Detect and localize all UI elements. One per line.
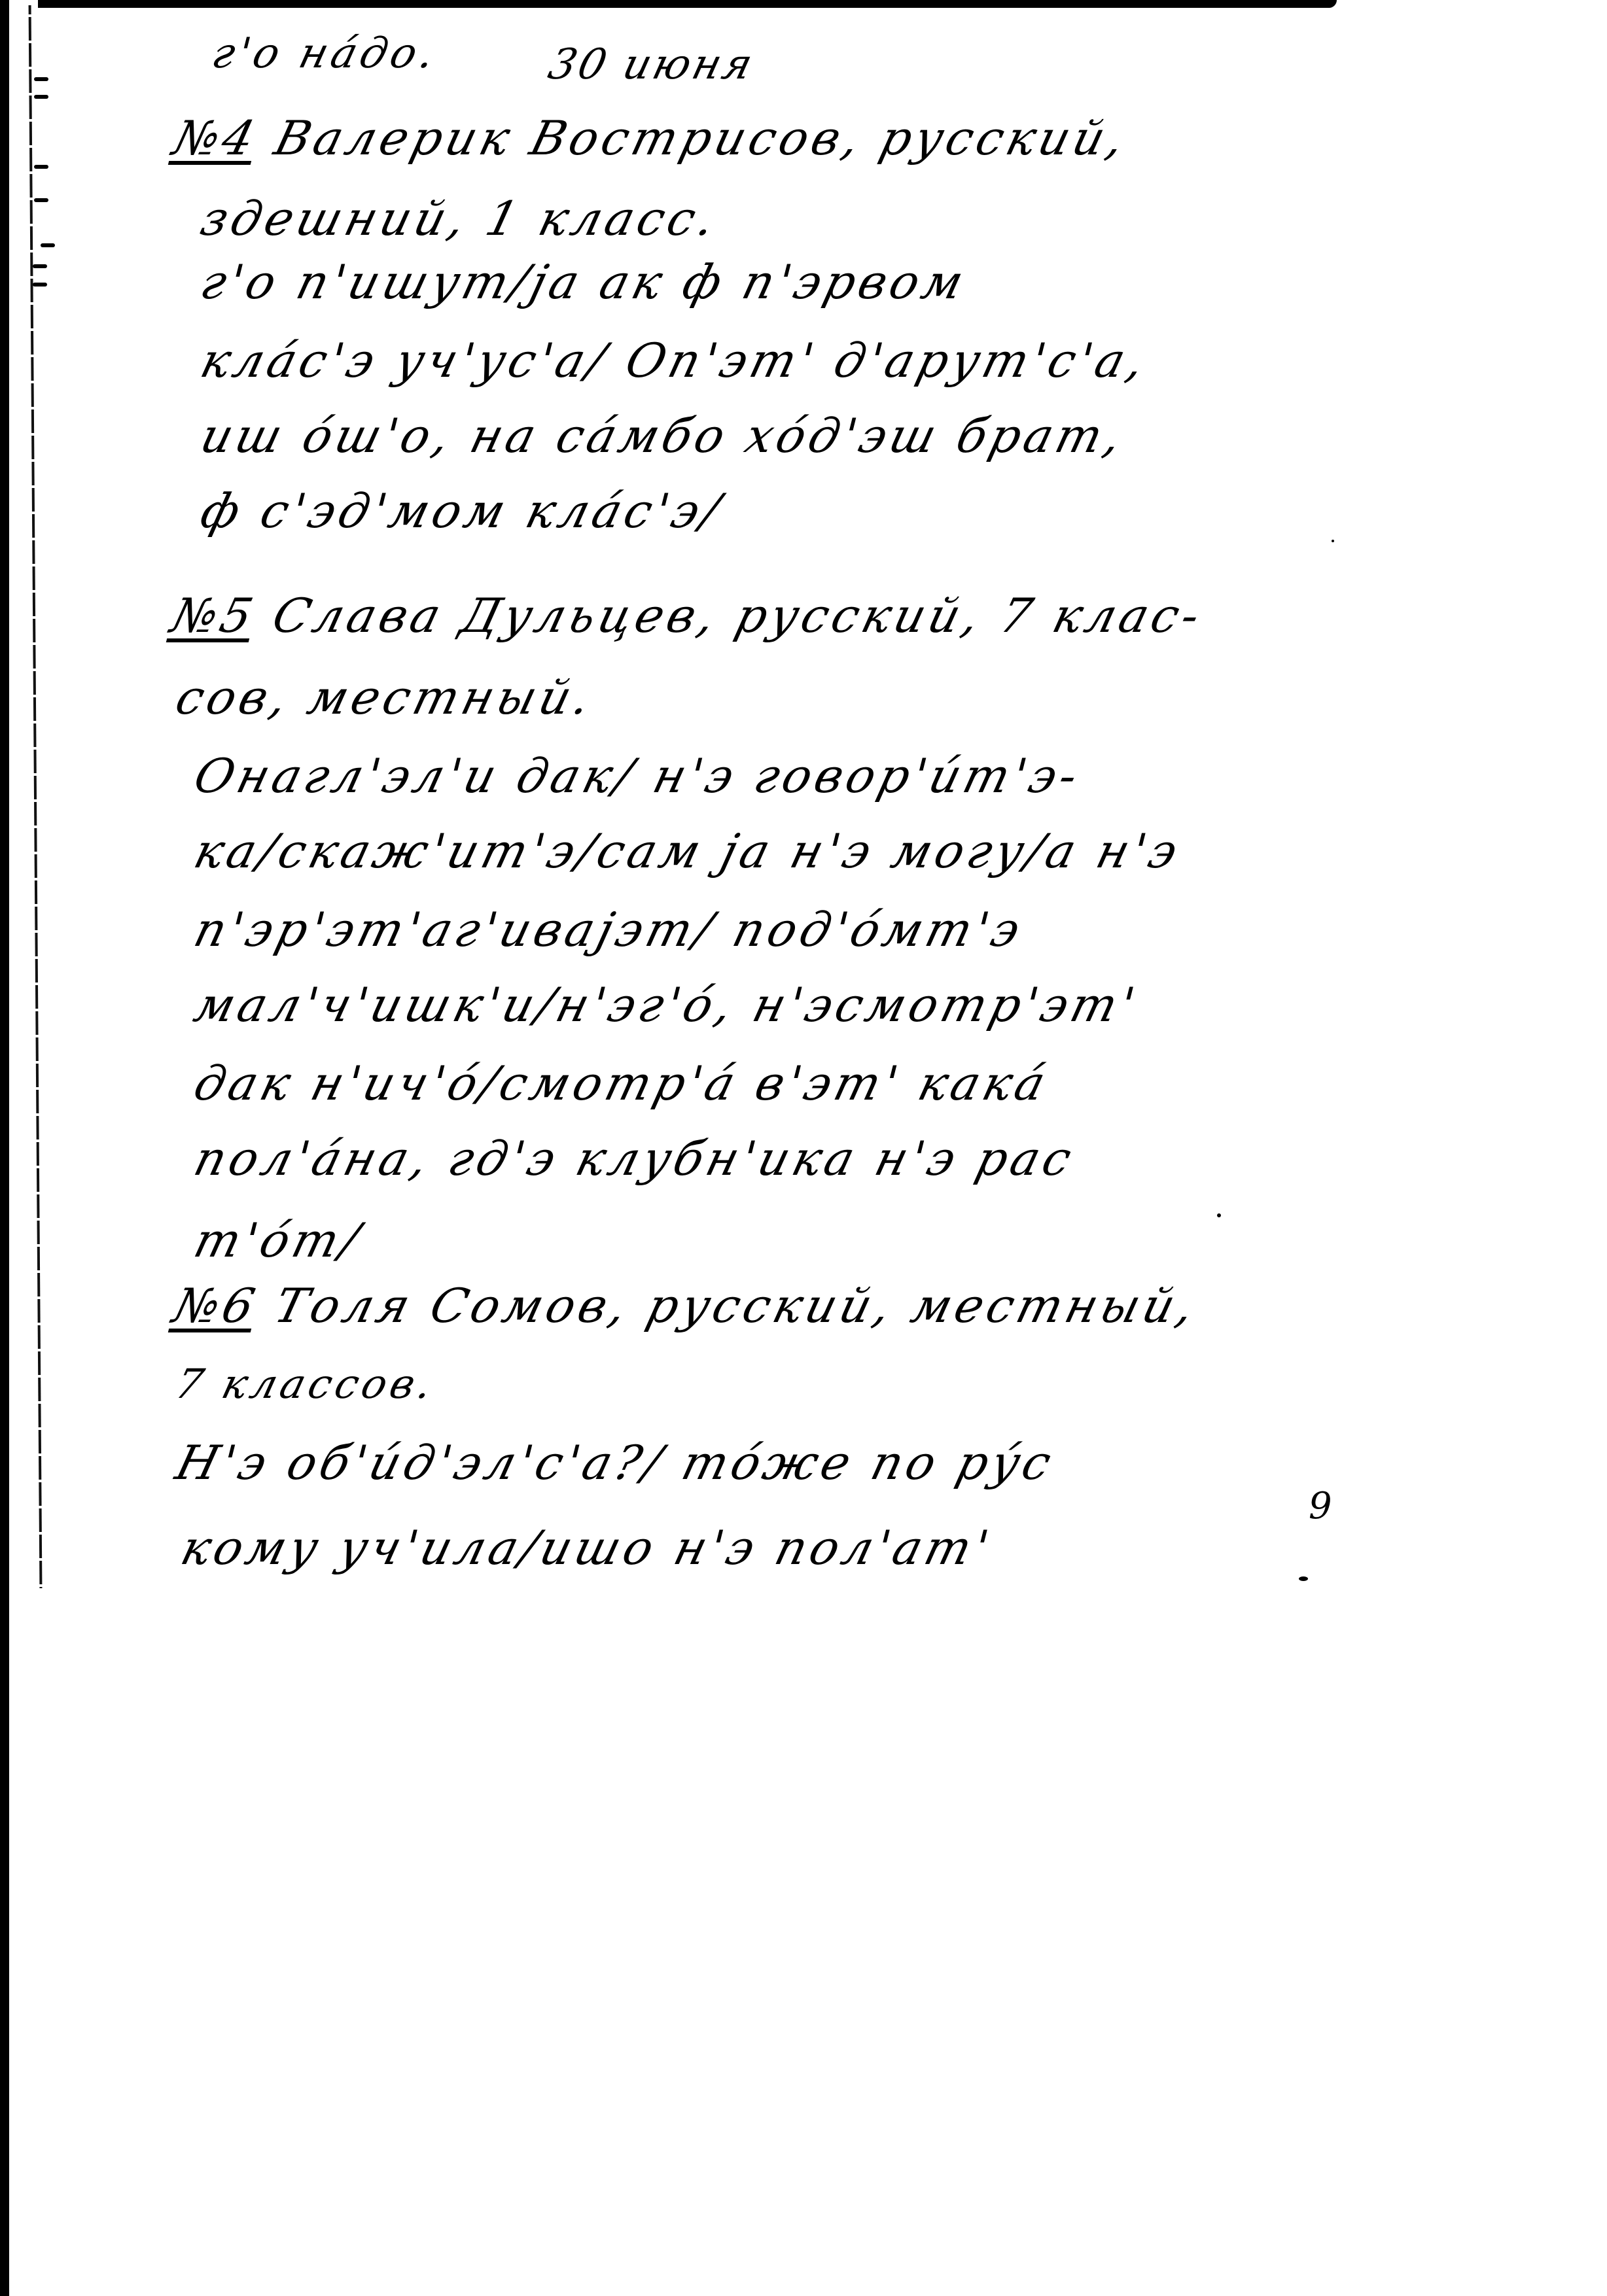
entry-header-line: здешний, 1 класс. [196,195,724,242]
transcription-line: ф с'эд'мом кла́с'э/ [196,487,728,534]
transcription-line: п'эр'эт'аг'иваjэт/ под'о́мт'э [190,906,1029,953]
date-note: 30 июня [544,41,760,89]
transcription-line: кому уч'ила/ишо н'э пол'ат' [177,1524,997,1571]
page-number: 9 [1309,1485,1332,1527]
entry-header-text: Толя Сомов, русский, местный, [269,1278,1203,1333]
entry-number: №5 [166,588,262,643]
transcription-line: т'о́т/ [190,1217,368,1264]
transcription-line: ка/скаж'ит'э/сам ја н'э могу/а н'э [190,827,1186,875]
transcription-line: мал'ч'ишк'и/н'эг'о́, н'эсмотр'эт' [190,981,1143,1028]
transcription-line: кла́с'э уч'ус'а/ Оп'эт' д'арут'с'а, [196,337,1153,384]
transcription-line: дак н'ич'о́/смотр'а́ в'эт' кака́ [190,1060,1053,1107]
notebook-page: г'о на́до. 30 июня №4 Валерик Вострисов,… [0,0,1607,2296]
ink-speck [1299,1576,1308,1581]
entry-header-line: 7 классов. [171,1364,440,1404]
entry-header-line: №6 Толя Сомов, русский, местный, [169,1282,1203,1329]
entry-header-line: №5 Слава Дульцев, русский, 7 клас- [167,592,1208,639]
ink-speck [1332,540,1334,542]
transcription-line: Н'э об'и́д'эл'с'а?/ то́же по ру́с [171,1439,1059,1486]
ink-speck [1217,1213,1221,1217]
transcription-line: иш о́ш'о, на са́мбо хо́д'эш брат, [196,412,1130,459]
transcription-line: пол'а́на, гд'э клубн'ика н'э рас [190,1135,1080,1182]
continuation-line: г'о на́до. [208,33,443,75]
entry-header-text: Слава Дульцев, русский, 7 клас- [267,588,1209,643]
transcription-line: г'о п'ишут/ја ак ф п'эрвом [196,258,972,305]
entry-number: №6 [168,1278,264,1333]
entry-header-line: сов, местный. [171,674,599,721]
entry-header-text: Валерик Вострисов, русский, [269,111,1133,165]
transcription-line: Онагл'эл'и дак/ н'э говор'и́т'э- [190,752,1086,799]
entry-header-line: №4 Валерик Вострисов, русский, [169,114,1133,162]
entry-number: №4 [168,111,264,165]
